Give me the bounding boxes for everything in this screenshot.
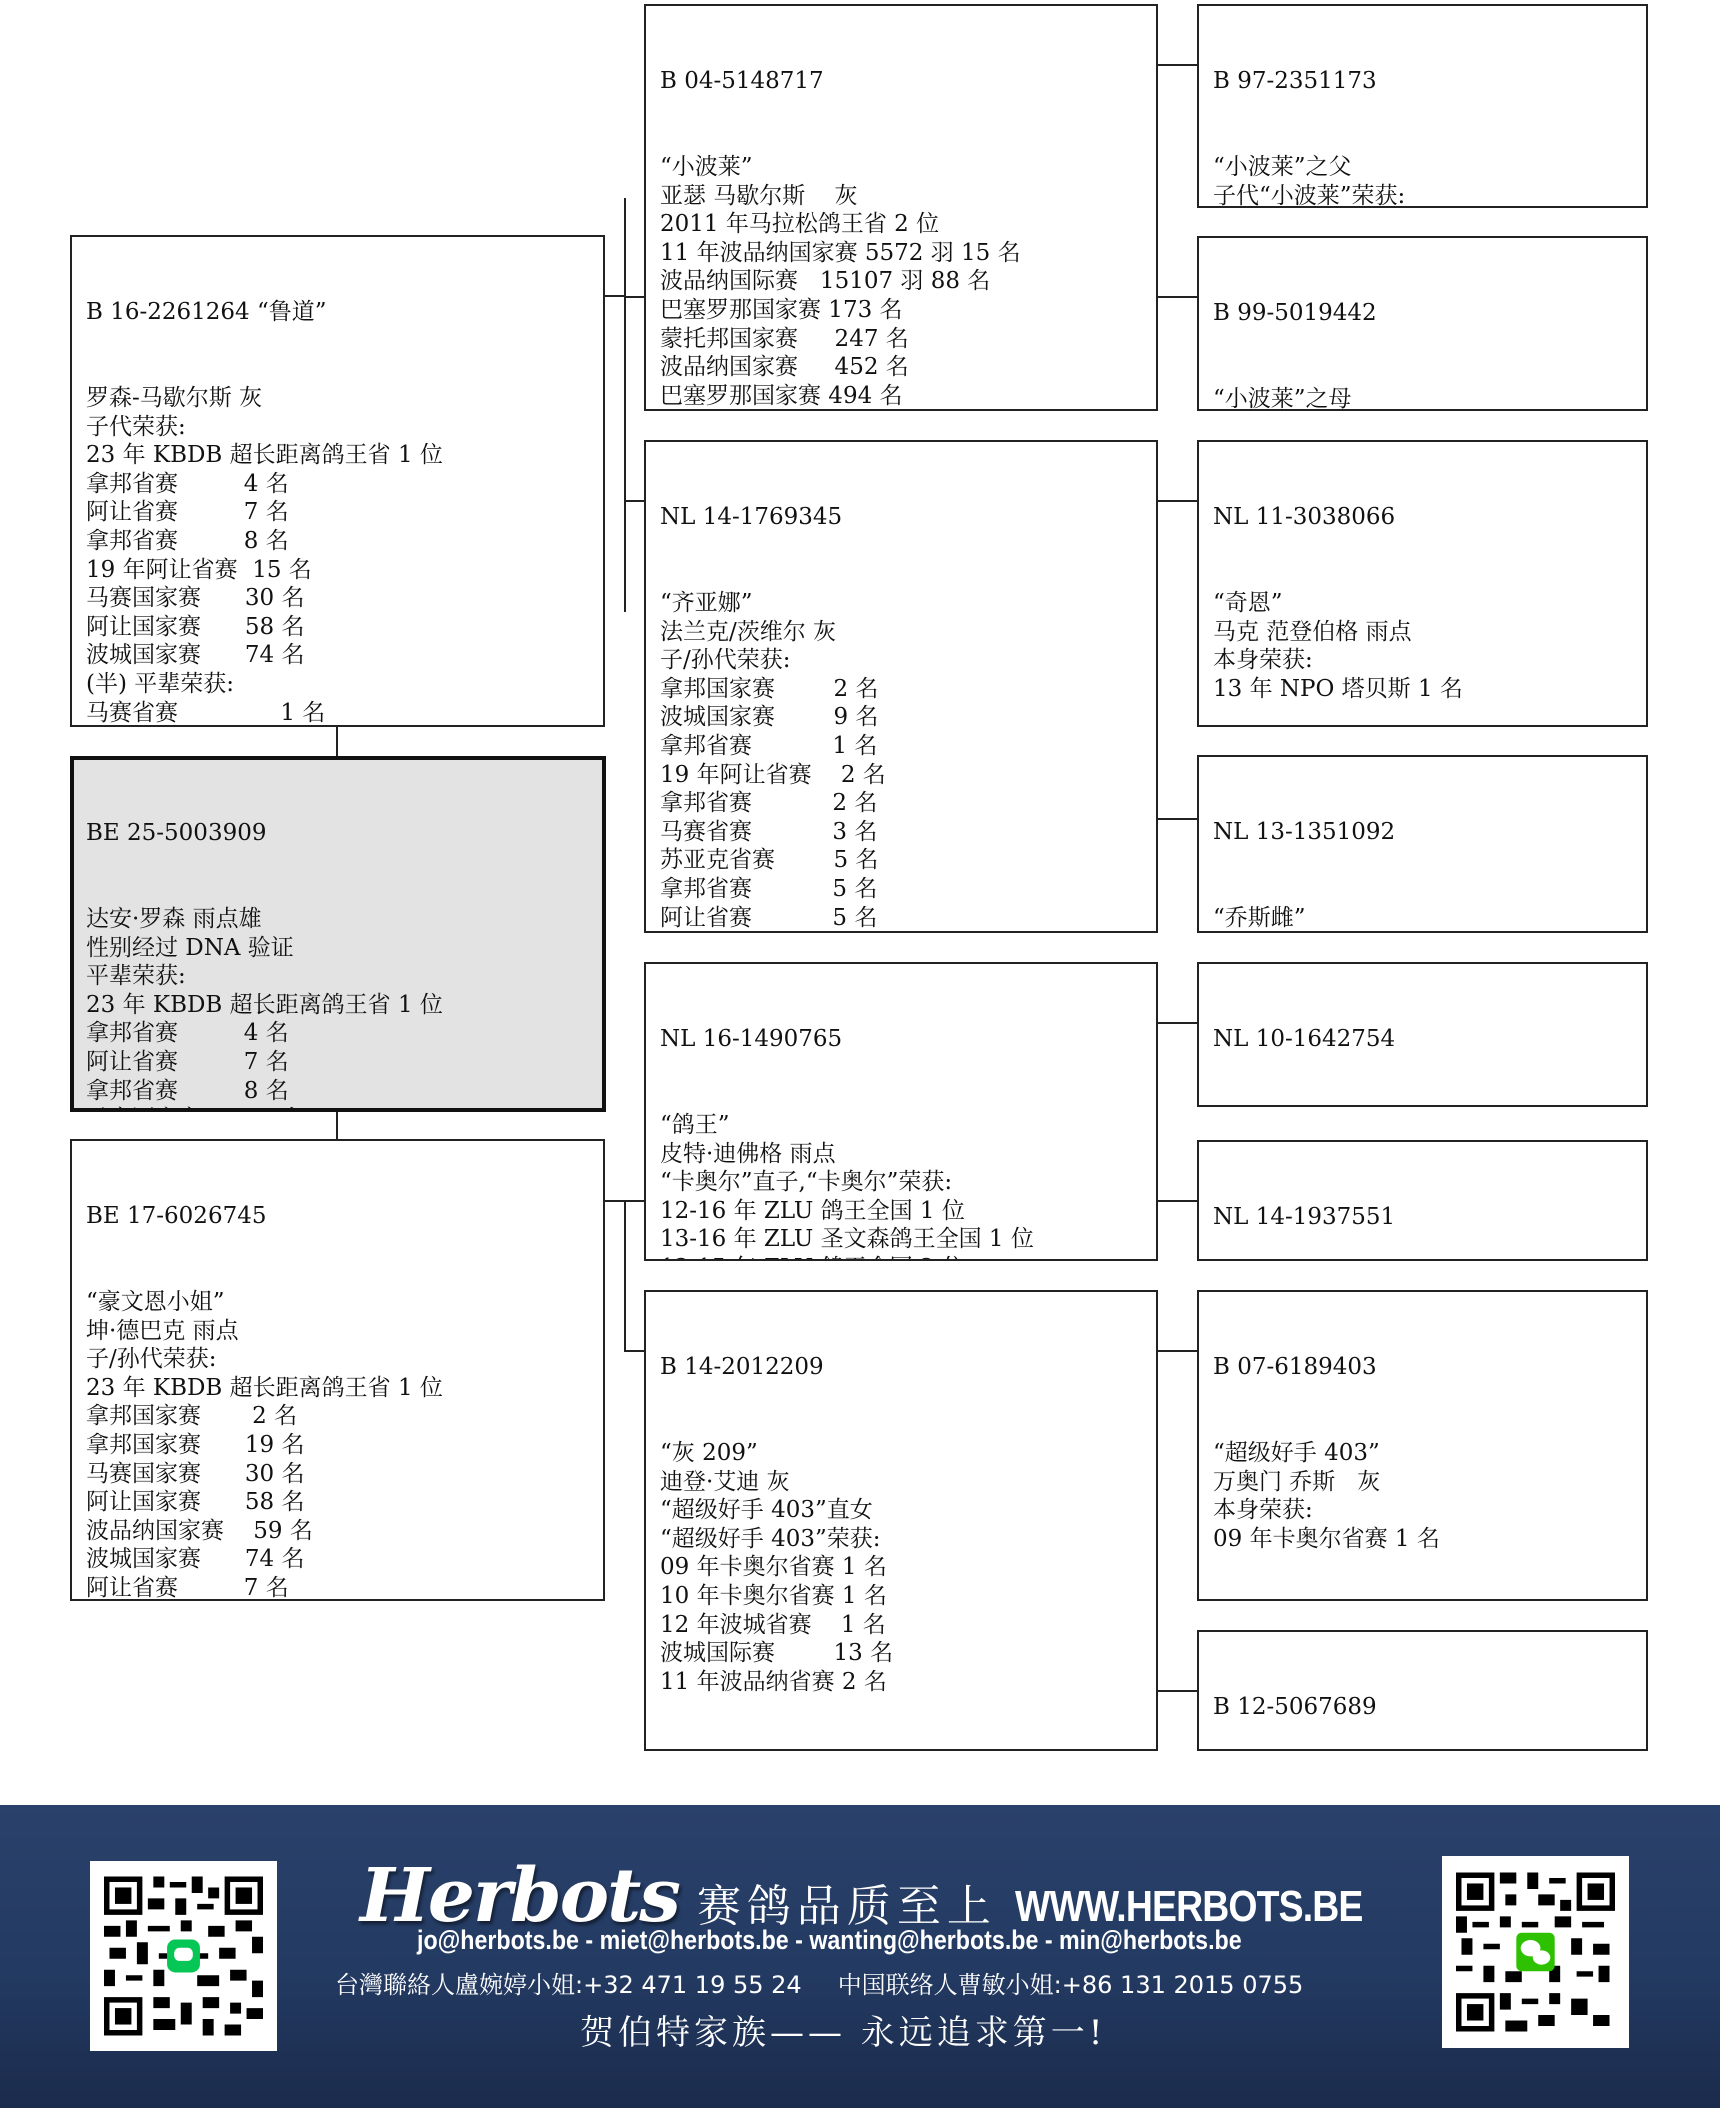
card-line: 蒙托邦国家赛 247 名	[660, 325, 1142, 354]
card-line: 拿邦省赛 2 名	[660, 789, 1142, 818]
card-line: 拿邦国家赛 2 名	[660, 675, 1142, 704]
card-lines: “小波莱”之父子代“小波莱”荣获:2011 年马拉松鸽王省 2 位	[1213, 153, 1632, 208]
connector	[603, 295, 624, 297]
card-lines: “灰 209”迪登·艾迪 灰“超级好手 403”直女“超级好手 403”荣获:0…	[660, 1439, 1142, 1696]
card-line: “小波莱”	[660, 153, 1142, 182]
connector	[624, 1350, 645, 1352]
subject-card: BE 25-5003909 达安·罗森 雨点雄性别经过 DNA 验证平辈荣获:2…	[70, 756, 606, 1112]
connector	[624, 1200, 626, 1350]
card-line: “超级好手 403”	[1213, 1439, 1632, 1468]
card-line: 阿让国家赛 58 名	[86, 1488, 589, 1517]
card-line: 波城国家赛 9 名	[660, 703, 1142, 732]
connector	[603, 1200, 645, 1202]
card-line: 13 年 NPO 塔贝斯 1 名	[1213, 675, 1632, 704]
card-line: 阿让省赛 7 名	[86, 1048, 590, 1077]
card-line: 23 年 KBDB 超长距离鸽王省 1 位	[86, 441, 589, 470]
ring-number: B 97-2351173	[1213, 67, 1632, 96]
wechat-qr-code[interactable]	[1442, 1856, 1629, 2048]
great-grandparent-card-8: B 12-5067689 “战士”同窝姐妹迪登 N&E 灰白条“蒙拿”直孙女	[1197, 1630, 1648, 1751]
contact-row: 台灣聯絡人盧婉婷小姐:+32 471 19 55 24 中国联络人曹敏小姐:+8…	[335, 1965, 1303, 2000]
card-line: 拿邦省赛 8 名	[86, 1077, 590, 1106]
sire-sire-card: B 04-5148717 “小波莱”亚瑟 马歇尔斯 灰2011 年马拉松鸽王省 …	[644, 4, 1158, 411]
connector	[1157, 500, 1197, 502]
card-lines: “小波莱”亚瑟 马歇尔斯 灰2011 年马拉松鸽王省 2 位11 年波品纳国家赛…	[660, 153, 1142, 411]
contact-taiwan: 台灣聯絡人盧婉婷小姐:+32 471 19 55 24	[335, 1965, 802, 2000]
card-lines: “小波莱”之母亚瑟 马歇尔斯 灰子代“小波莱”荣获:2011 年马拉松鸽王省 2…	[1213, 385, 1632, 411]
card-line: 性别经过 DNA 验证	[86, 934, 590, 963]
card-line: 巴塞罗那国家赛 494 名	[660, 382, 1142, 411]
line-qr-code[interactable]	[90, 1861, 277, 2051]
great-grandparent-card-2: B 99-5019442 “小波莱”之母亚瑟 马歇尔斯 灰子代“小波莱”荣获:2…	[1197, 236, 1648, 411]
card-line: “奇恩”	[1213, 589, 1632, 618]
ring-number: NL 14-1937551	[1213, 1203, 1632, 1232]
card-line: 13-16 年 ZLU 圣文森鸽王全国 1 位	[660, 1225, 1142, 1254]
great-grandparent-card-3: NL 11-3038066 “奇恩”马克 范登伯格 雨点本身荣获:13 年 NP…	[1197, 440, 1648, 727]
card-line: 12-16 年 ZLU 鸽王全国 1 位	[660, 1197, 1142, 1226]
card-lines: “乔斯雌”耶勒·耶勒玛 雨点耶勒·耶勒玛基础种鸽“黑金”X“黄金前途”(法兰克/…	[1213, 904, 1632, 933]
card-line: 12-15 年 ZLU 鸽王全国 2 位	[660, 1254, 1142, 1261]
contact-china: 中国联络人曹敏小姐:+86 131 2015 0755	[838, 1965, 1304, 2000]
great-grandparent-card-1: B 97-2351173 “小波莱”之父子代“小波莱”荣获:2011 年马拉松鸽…	[1197, 4, 1648, 208]
card-line: 亚瑟 马歇尔斯 灰	[660, 182, 1142, 211]
qr-pattern-icon	[1456, 1870, 1615, 2034]
card-line: 阿让省赛 5 名	[660, 904, 1142, 933]
card-line: 波城国家赛 74 名	[86, 641, 589, 670]
card-line: 达安·罗森 雨点雄	[86, 905, 590, 934]
card-lines: “超级好手 403”万奥门 乔斯 灰本身荣获:09 年卡奥尔省赛 1 名	[1213, 1439, 1632, 1553]
card-line: 波城国际赛 13 名	[660, 1639, 1142, 1668]
connector	[1157, 1022, 1197, 1024]
card-line: (半) 平辈荣获:	[86, 670, 589, 699]
card-line: 19 年阿让省赛 2 名	[660, 761, 1142, 790]
ring-number: NL 13-1351092	[1213, 818, 1632, 847]
card-line: 拿邦省赛 4 名	[86, 470, 589, 499]
card-line: 拿邦国家赛 2 名	[86, 1402, 589, 1431]
card-line: 阿让省赛 7 名	[86, 1574, 589, 1601]
dam-sire-card: NL 16-1490765 “鸽王”皮特·迪佛格 雨点“卡奥尔”直子,“卡奥尔”…	[644, 962, 1158, 1261]
family-motto: 贺伯特家族—— 永远追求第一!	[580, 2005, 1106, 2054]
card-lines: “齐亚娜”法兰克/茨维尔 灰子/孙代荣获:拿邦国家赛 2 名波城国家赛 9 名拿…	[660, 589, 1142, 932]
card-line: 本身荣获:	[1213, 646, 1632, 675]
card-line: 拿邦省赛 1 名	[660, 732, 1142, 761]
card-line: 马克 范登伯格 雨点	[1213, 618, 1632, 647]
card-line: 马赛省赛 1 名	[86, 699, 589, 728]
sire-card: B 16-2261264 “鲁道” 罗森-马歇尔斯 灰子代荣获:23 年 KBD…	[70, 235, 605, 727]
card-line: 万奥门 乔斯 灰	[1213, 1468, 1632, 1497]
ring-number: NL 10-1642754	[1213, 1025, 1632, 1054]
ring-number: B 14-2012209	[660, 1353, 1142, 1382]
card-line: 平辈荣获:	[86, 962, 590, 991]
card-line: 马赛国家赛 30 名	[86, 1105, 590, 1112]
card-line: 波品纳国际赛 15107 羽 88 名	[660, 267, 1142, 296]
card-lines: “鸽王”皮特·迪佛格 雨点“卡奥尔”直子,“卡奥尔”荣获:12-16 年 ZLU…	[660, 1111, 1142, 1261]
card-line: 子代荣获:	[86, 413, 589, 442]
card-line: 09 年卡奥尔省赛 1 名	[1213, 1525, 1632, 1554]
great-grandparent-card-5: NL 10-1642754 “卡奥尔”皮特·迪佛格 雨点本身荣获:卡奥尔国家赛 …	[1197, 962, 1648, 1107]
connector	[624, 500, 645, 502]
card-line: 马赛国家赛 30 名	[86, 1460, 589, 1489]
ring-number: NL 14-1769345	[660, 503, 1142, 532]
card-line: 坤·德巴克 雨点	[86, 1317, 589, 1346]
card-lines: 罗森-马歇尔斯 灰子代荣获:23 年 KBDB 超长距离鸽王省 1 位拿邦省赛 …	[86, 384, 589, 727]
footer-banner: Herbots 赛鸽品质至上 WWW.HERBOTS.BE jo@herbots…	[0, 1805, 1720, 2108]
great-grandparent-card-4: NL 13-1351092 “乔斯雌”耶勒·耶勒玛 雨点耶勒·耶勒玛基础种鸽“黑…	[1197, 755, 1648, 933]
ring-number: B 99-5019442	[1213, 299, 1632, 328]
card-line: 拿邦省赛 5 名	[660, 875, 1142, 904]
card-line: “超级好手 403”直女	[660, 1496, 1142, 1525]
card-line: 阿让国家赛 58 名	[86, 613, 589, 642]
connector	[624, 296, 645, 298]
card-line: “鸽王”	[660, 1111, 1142, 1140]
connector	[624, 198, 626, 612]
card-line: “豪文恩小姐”	[86, 1288, 589, 1317]
ring-number: BE 25-5003909	[86, 819, 590, 848]
card-line: 拿邦省赛 4 名	[86, 1019, 590, 1048]
ring-number: B 12-5067689	[1213, 1693, 1632, 1722]
card-line: 本身荣获:	[1213, 1496, 1632, 1525]
card-lines: 达安·罗森 雨点雄性别经过 DNA 验证平辈荣获:23 年 KBDB 超长距离鸽…	[86, 905, 590, 1112]
ring-number: B 04-5148717	[660, 67, 1142, 96]
card-line: 子/孙代荣获:	[660, 646, 1142, 675]
card-line: 波品纳国家赛 59 名	[86, 1517, 589, 1546]
card-line: 马赛国家赛 30 名	[86, 584, 589, 613]
card-line: 子/孙代荣获:	[86, 1345, 589, 1374]
connector	[1157, 296, 1197, 298]
card-line: “小波莱”之母	[1213, 385, 1632, 411]
card-line: 迪登·艾迪 灰	[660, 1468, 1142, 1497]
card-line: 23 年 KBDB 超长距离鸽王省 1 位	[86, 991, 590, 1020]
card-line: “卡奥尔”直子,“卡奥尔”荣获:	[660, 1168, 1142, 1197]
ring-number: NL 11-3038066	[1213, 503, 1632, 532]
connector	[1157, 64, 1197, 66]
email-list[interactable]: jo@herbots.be - miet@herbots.be - wantin…	[417, 1925, 1242, 1956]
ring-number: B 07-6189403	[1213, 1353, 1632, 1382]
card-line: 拿邦国家赛 19 名	[86, 1431, 589, 1460]
ring-number: BE 17-6026745	[86, 1202, 589, 1231]
card-lines: “奇恩”马克 范登伯格 雨点本身荣获:13 年 NPO 塔贝斯 1 名	[1213, 589, 1632, 703]
card-line: 法兰克/茨维尔 灰	[660, 618, 1142, 647]
card-line: 12 年波城省赛 1 名	[660, 1611, 1142, 1640]
ring-number: NL 16-1490765	[660, 1025, 1142, 1054]
card-line: “齐亚娜”	[660, 589, 1142, 618]
card-line: 11 年波品纳国家赛 5572 羽 15 名	[660, 239, 1142, 268]
card-line: 巴塞罗那国家赛 173 名	[660, 296, 1142, 325]
card-line: 罗森-马歇尔斯 灰	[86, 384, 589, 413]
card-line: 阿让省赛 7 名	[86, 498, 589, 527]
sire-dam-card: NL 14-1769345 “齐亚娜”法兰克/茨维尔 灰子/孙代荣获:拿邦国家赛…	[644, 440, 1158, 933]
great-grandparent-card-6: NL 14-1937551 皮特·迪佛格 雨点“超级阿让”直女	[1197, 1140, 1648, 1261]
qr-pattern-icon	[104, 1875, 263, 2037]
connector	[336, 725, 338, 756]
card-line: 拿邦省赛 8 名	[86, 527, 589, 556]
card-line: “超级好手 403”荣获:	[660, 1525, 1142, 1554]
connector	[1157, 818, 1197, 820]
card-line: 23 年 KBDB 超长距离鸽王省 1 位	[86, 1374, 589, 1403]
card-line: 10 年卡奥尔省赛 1 名	[660, 1582, 1142, 1611]
card-line: 比赛年国家赛 765 名	[660, 410, 1142, 411]
card-line: 苏亚克省赛 5 名	[660, 846, 1142, 875]
card-line: 11 年波品纳省赛 2 名	[660, 1668, 1142, 1697]
card-line: 19 年阿让省赛 15 名	[86, 556, 589, 585]
card-line: 皮特·迪佛格 雨点	[660, 1140, 1142, 1169]
card-line: “小波莱”之父	[1213, 153, 1632, 182]
card-line: 波品纳国家赛 452 名	[660, 353, 1142, 382]
connector	[1157, 1690, 1197, 1692]
card-line: 子代“小波莱”荣获:	[1213, 182, 1632, 208]
dam-dam-card: B 14-2012209 “灰 209”迪登·艾迪 灰“超级好手 403”直女“…	[644, 1290, 1158, 1751]
card-line: 09 年卡奥尔省赛 1 名	[660, 1553, 1142, 1582]
card-line: “灰 209”	[660, 1439, 1142, 1468]
ring-number: B 16-2261264 “鲁道”	[86, 298, 589, 327]
card-line: 波城国家赛 74 名	[86, 1545, 589, 1574]
great-grandparent-card-7: B 07-6189403 “超级好手 403”万奥门 乔斯 灰本身荣获:09 年…	[1197, 1290, 1648, 1601]
connector	[1157, 1200, 1197, 1202]
connector	[1157, 1350, 1197, 1352]
connector	[336, 1110, 338, 1140]
dam-card: BE 17-6026745 “豪文恩小姐”坤·德巴克 雨点子/孙代荣获:23 年…	[70, 1139, 605, 1601]
card-line: 2011 年马拉松鸽王省 2 位	[660, 210, 1142, 239]
card-lines: “豪文恩小姐”坤·德巴克 雨点子/孙代荣获:23 年 KBDB 超长距离鸽王省 …	[86, 1288, 589, 1601]
card-line: “乔斯雌”	[1213, 904, 1632, 933]
card-line: 马赛省赛 3 名	[660, 818, 1142, 847]
